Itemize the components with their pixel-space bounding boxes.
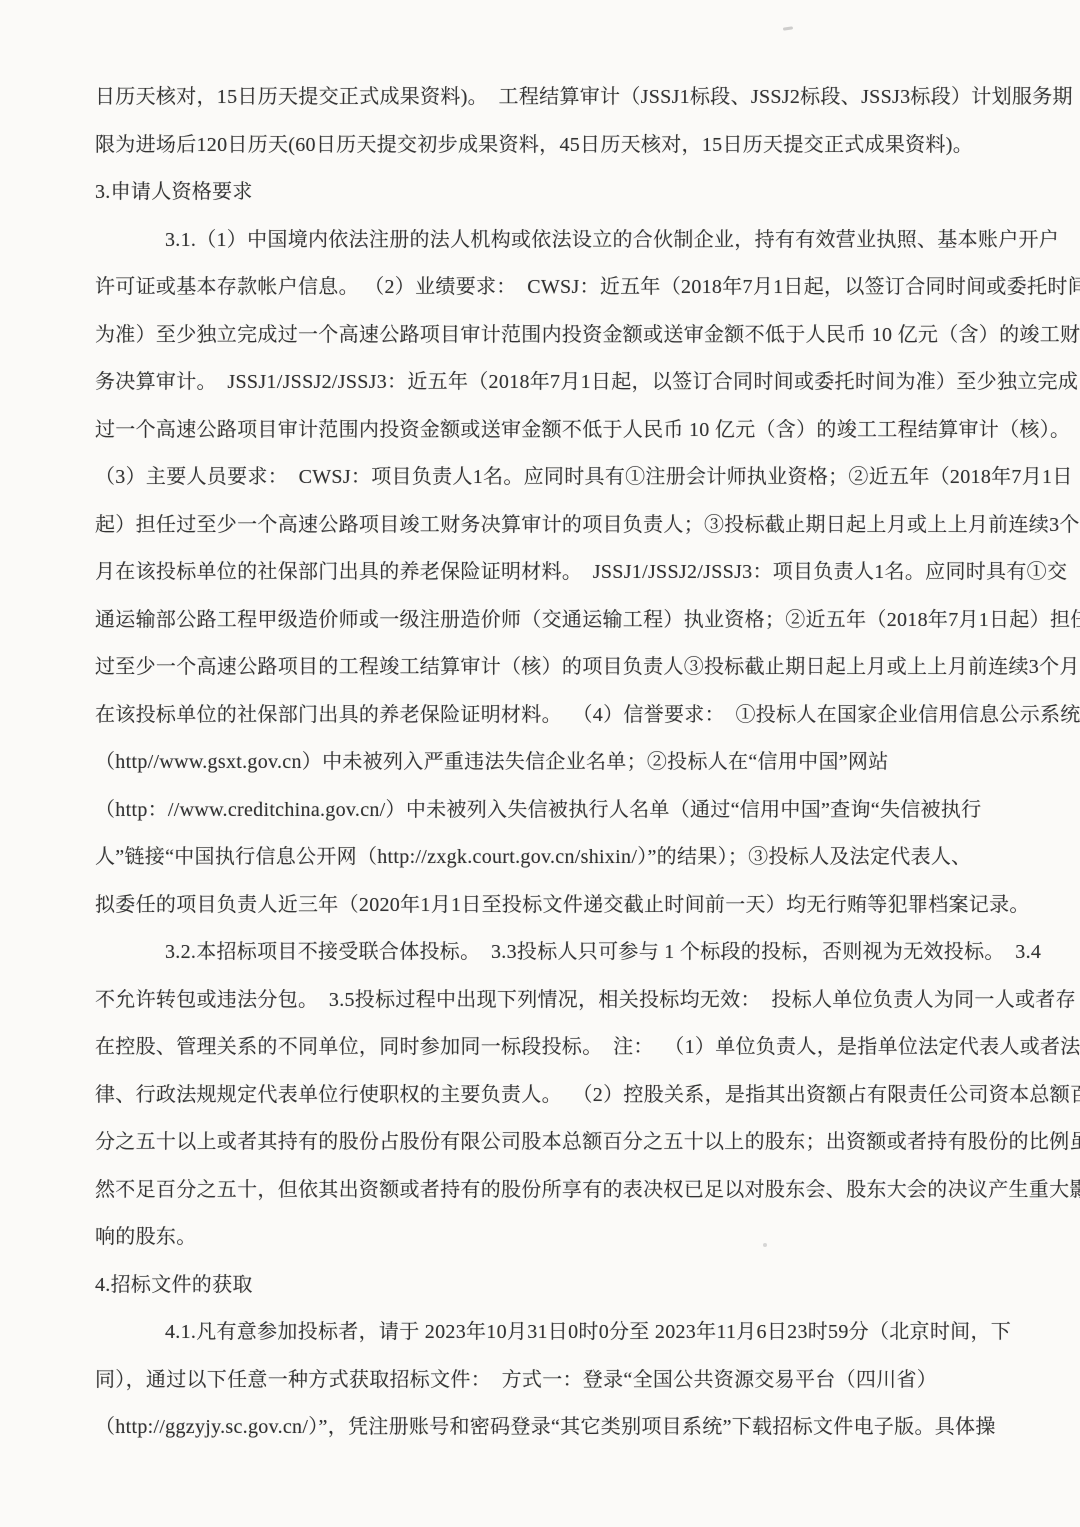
scan-artifact-dash bbox=[783, 26, 793, 30]
doc-line: 4.1.凡有意参加投标者，请于 2023年10月31日0时0分至 2023年11… bbox=[95, 1309, 1010, 1357]
doc-line: 过一个高速公路项目审计范围内投资金额或送审金额不低于人民币 10 亿元（含）的竣… bbox=[95, 407, 1010, 455]
doc-line: 律、行政法规规定代表单位行使职权的主要负责人。 （2）控股关系，是指其出资额占有… bbox=[95, 1072, 1010, 1120]
doc-line: 响的股东。 bbox=[95, 1214, 1010, 1262]
doc-line: （3）主要人员要求： CWSJ：项目负责人1名。应同时具有①注册会计师执业资格；… bbox=[95, 454, 1010, 502]
doc-line: 3.2.本招标项目不接受联合体投标。 3.3投标人只可参与 1 个标段的投标，否… bbox=[95, 929, 1010, 977]
doc-line: 通运输部公路工程甲级造价师或一级注册造价师（交通运输工程）执业资格；②近五年（2… bbox=[95, 597, 1010, 645]
doc-line: 月在该投标单位的社保部门出具的养老保险证明材料。 JSSJ1/JSSJ2/JSS… bbox=[95, 549, 1010, 597]
doc-line: 务决算审计。 JSSJ1/JSSJ2/JSSJ3：近五年（2018年7月1日起，… bbox=[95, 359, 1010, 407]
doc-line-url-ggzyjy: （http://ggzyjy.sc.gov.cn/）”，凭注册账号和密码登录“其… bbox=[95, 1404, 1010, 1452]
doc-line: 过至少一个高速公路项目的工程竣工结算审计（核）的项目负责人③投标截止期日起上月或… bbox=[95, 644, 1010, 692]
document-page: 日历天核对，15日历天提交正式成果资料)。 工程结算审计（JSSJ1标段、JSS… bbox=[0, 0, 1080, 1527]
doc-line: 限为进场后120日历天(60日历天提交初步成果资料，45日历天核对，15日历天提… bbox=[95, 122, 1010, 170]
doc-line: 起）担任过至少一个高速公路项目竣工财务决算审计的项目负责人；③投标截止期日起上月… bbox=[95, 502, 1010, 550]
doc-line: 拟委任的项目负责人近三年（2020年1月1日至投标文件递交截止时间前一天）均无行… bbox=[95, 882, 1010, 930]
scan-artifact-dot bbox=[763, 1243, 767, 1247]
doc-line: 然不足百分之五十，但依其出资额或者持有的股份所享有的表决权已足以对股东会、股东大… bbox=[95, 1167, 1010, 1215]
doc-line: 同），通过以下任意一种方式获取招标文件： 方式一：登录“全国公共资源交易平台（四… bbox=[95, 1357, 1010, 1405]
doc-line: 在控股、管理关系的不同单位，同时参加同一标段投标。 注： （1）单位负责人，是指… bbox=[95, 1024, 1010, 1072]
doc-line: 日历天核对，15日历天提交正式成果资料)。 工程结算审计（JSSJ1标段、JSS… bbox=[95, 74, 1010, 122]
doc-line: 不允许转包或违法分包。 3.5投标过程中出现下列情况，相关投标均无效： 投标人单… bbox=[95, 977, 1010, 1025]
doc-line: 为准）至少独立完成过一个高速公路项目审计范围内投资金额或送审金额不低于人民币 1… bbox=[95, 312, 1010, 360]
doc-line-url-gsxt: （http//www.gsxt.gov.cn）中未被列入严重违法失信企业名单；②… bbox=[95, 739, 1010, 787]
doc-line: 在该投标单位的社保部门出具的养老保险证明材料。 （4）信誉要求： ①投标人在国家… bbox=[95, 692, 1010, 740]
section-heading-obtain-tender-documents: 4.招标文件的获取 bbox=[95, 1262, 1010, 1310]
doc-line-url-zxgk: 人”链接“中国执行信息公开网（http://zxgk.court.gov.cn/… bbox=[95, 834, 1010, 882]
doc-line-url-creditchina: （http：//www.creditchina.gov.cn/）中未被列入失信被… bbox=[95, 787, 1010, 835]
doc-line: 分之五十以上或者其持有的股份占股份有限公司股本总额百分之五十以上的股东；出资额或… bbox=[95, 1119, 1010, 1167]
doc-line: 许可证或基本存款帐户信息。 （2）业绩要求： CWSJ：近五年（2018年7月1… bbox=[95, 264, 1010, 312]
section-heading-applicant-qualifications: 3.申请人资格要求 bbox=[95, 169, 1010, 217]
doc-line: 3.1.（1）中国境内依法注册的法人机构或依法设立的合伙制企业，持有有效营业执照… bbox=[95, 217, 1010, 265]
